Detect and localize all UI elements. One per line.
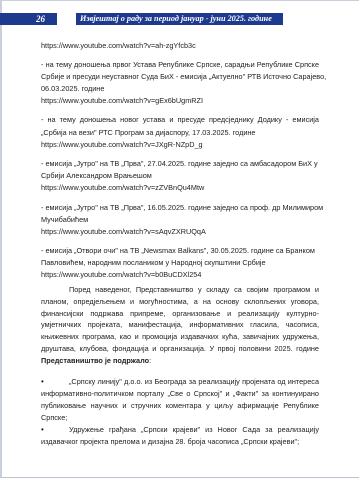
entry-text: - емисија „Јутро" на ТВ „Прва", 27.04.20… (41, 159, 319, 169)
youtube-link[interactable]: https://www.youtube.com/watch?v=b0BuCDXl… (41, 270, 319, 280)
supported-heading: Представништво је подржало: (41, 356, 319, 366)
entry-text: - емисија „Отвори очи" на ТВ „Newsmax Ba… (41, 246, 319, 256)
entry-text: Србије и пресуди неуставног Суда БиХ - е… (41, 72, 319, 82)
bullet-line: Српске; (41, 413, 319, 423)
paragraph-line: умјетничких пројеката, манифестација, ин… (41, 320, 319, 330)
entry-text: Србији Александром Врањешом (41, 171, 319, 181)
entry-text: - на тему доношења првог Устава Републик… (41, 60, 319, 70)
supported-heading-colon: : (149, 356, 151, 365)
bullet-line: „Српску линију" д.о.о. из Београда за ре… (41, 377, 319, 387)
entry-text: 06.03.2025. године (41, 84, 319, 94)
youtube-link[interactable]: https://www.youtube.com/watch?v=sAqvZXRU… (41, 227, 319, 237)
entry-text: Павловићем, народним послаником у Народн… (41, 258, 319, 268)
paragraph-line: финансијски подржава припреме, организов… (41, 309, 319, 319)
paragraph-line: Поред наведеног, Представништво у складу… (41, 285, 319, 295)
entry-text: Мучибабићем (41, 215, 319, 225)
bullet-line: Удружење грађана „Српски крајеви" из Нов… (41, 425, 319, 435)
entry-text: „Србија на вези" РТС Програм за дијаспор… (41, 128, 319, 138)
entry-text: - на тему доношења новог устава и пресуд… (41, 115, 319, 125)
supported-heading-bold: Представништво је подржало (41, 356, 149, 365)
bullet-line: издавачког пројекта прелома и дизајна 28… (41, 437, 319, 447)
entry-text: - емисија „Јутро" на ТВ „Прва", 16.05.20… (41, 203, 319, 213)
bullet-line: публиковање научних и стручних коментара… (41, 401, 319, 411)
youtube-link[interactable]: https://www.youtube.com/watch?v=zZVBnQu4… (41, 183, 319, 193)
page-number: 26 (0, 13, 57, 25)
bullet-line: информативно-политичком порталу „Све о С… (41, 389, 319, 399)
running-header-title: Извјештај о раду за период јануар - јуни… (76, 13, 283, 25)
youtube-link[interactable]: https://www.youtube.com/watch?v=JXgR-NZp… (41, 140, 319, 150)
paragraph-line: планом, опредјељењем и могућностима, а н… (41, 297, 319, 307)
youtube-link[interactable]: https://www.youtube.com/watch?v=gEx6bUgm… (41, 96, 319, 106)
paragraph-line: књижевних програма, као и промоција изда… (41, 332, 319, 342)
youtube-link[interactable]: https://www.youtube.com/watch?v=ah-zgYfc… (41, 41, 319, 51)
paragraph-line: друштава, клубова, фондација и организац… (41, 344, 319, 354)
